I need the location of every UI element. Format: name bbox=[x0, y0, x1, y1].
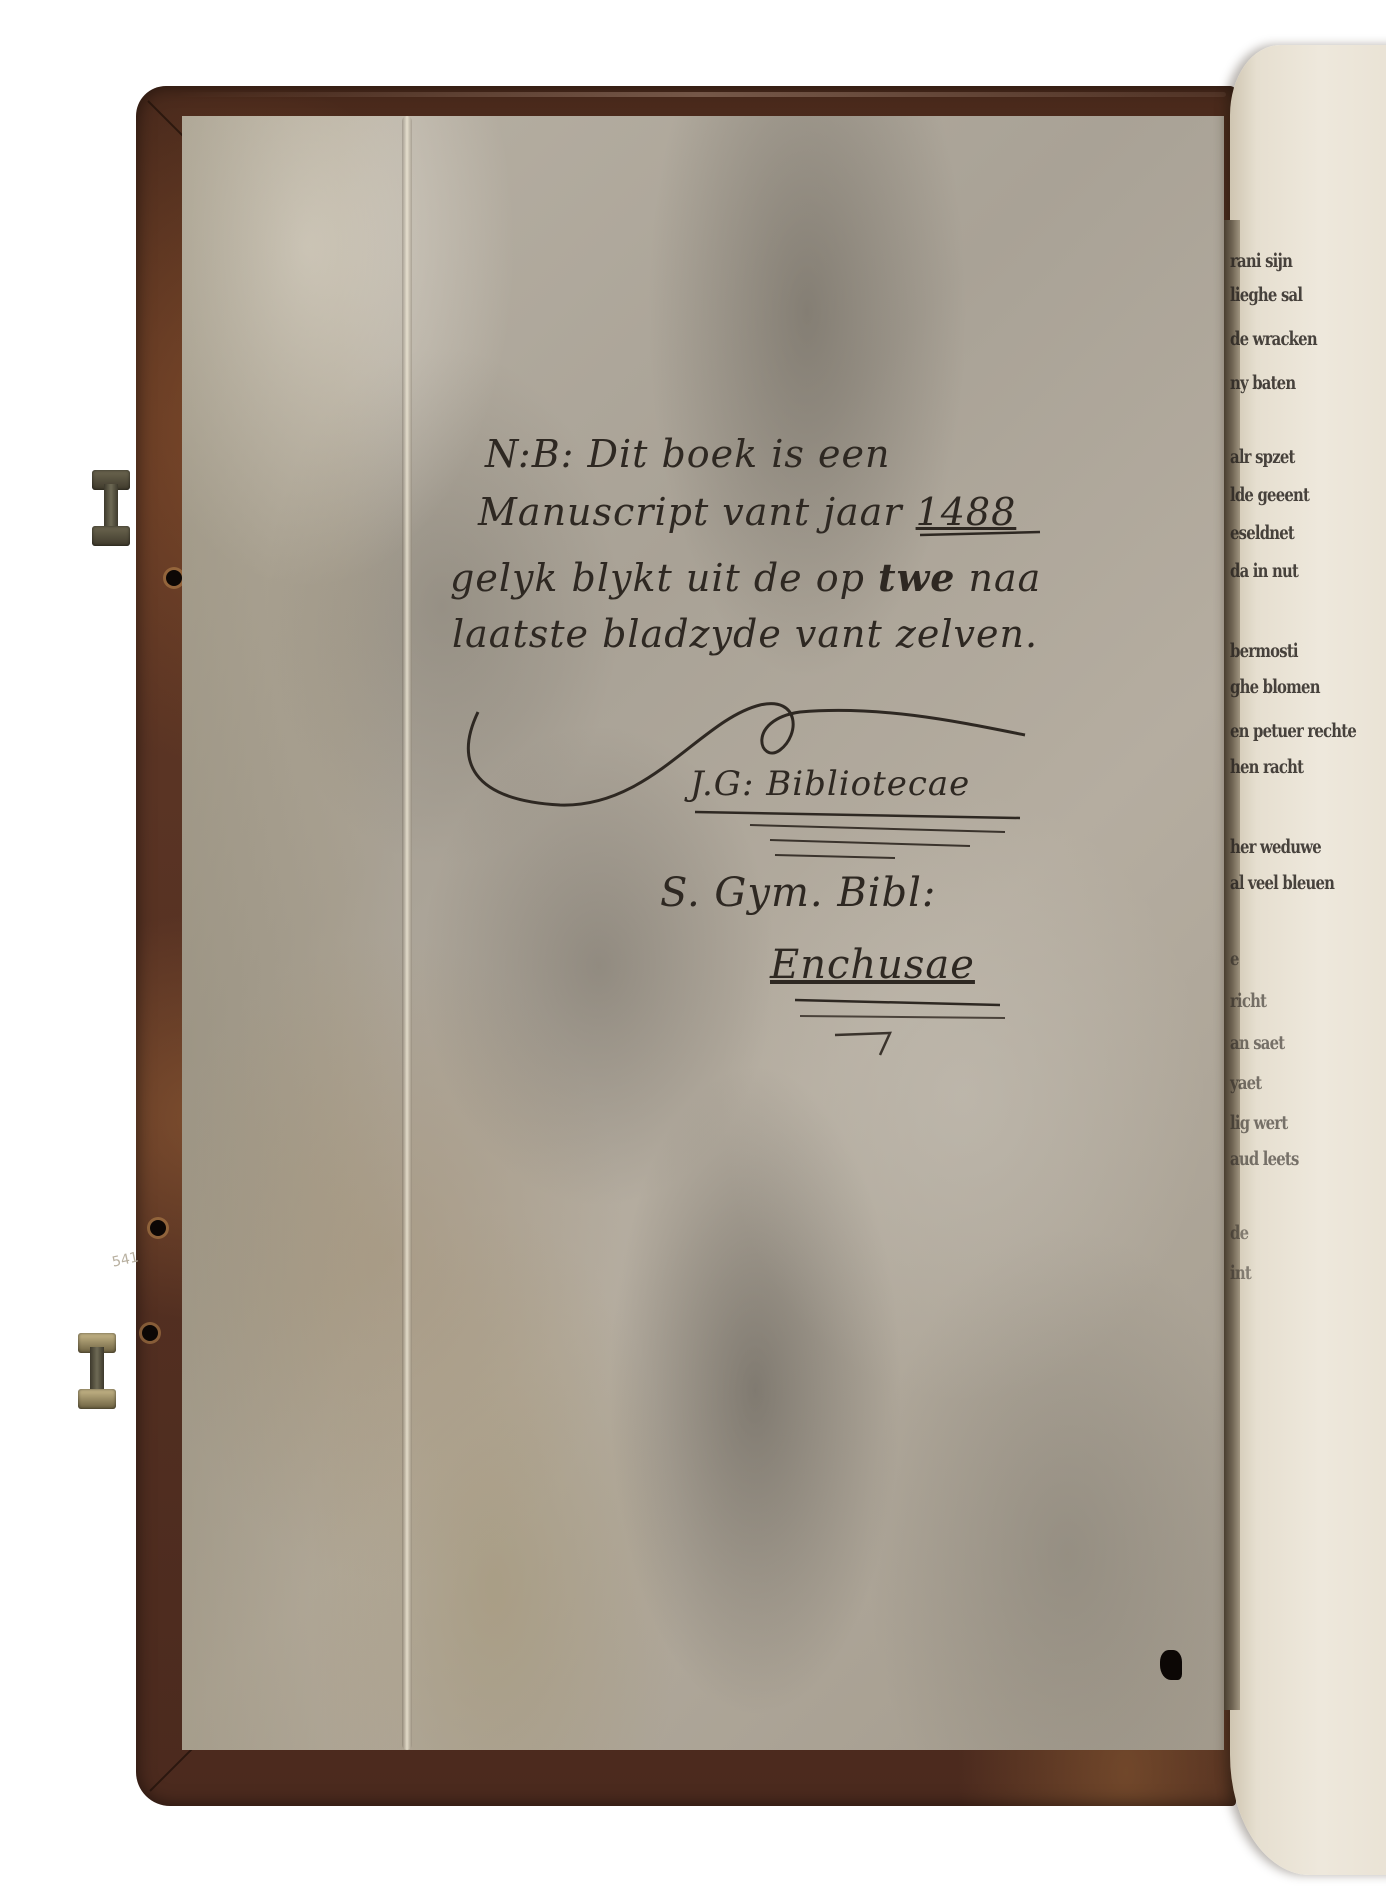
ownership-mark-gymnasium: S. Gym. Bibl: bbox=[660, 870, 936, 916]
pen-flourish-icon bbox=[0, 0, 1386, 1890]
ownership-mark-enchusae: Enchusae bbox=[770, 942, 975, 988]
ownership-mark-bibliotecae: J.G: Bibliotecae bbox=[690, 764, 970, 804]
